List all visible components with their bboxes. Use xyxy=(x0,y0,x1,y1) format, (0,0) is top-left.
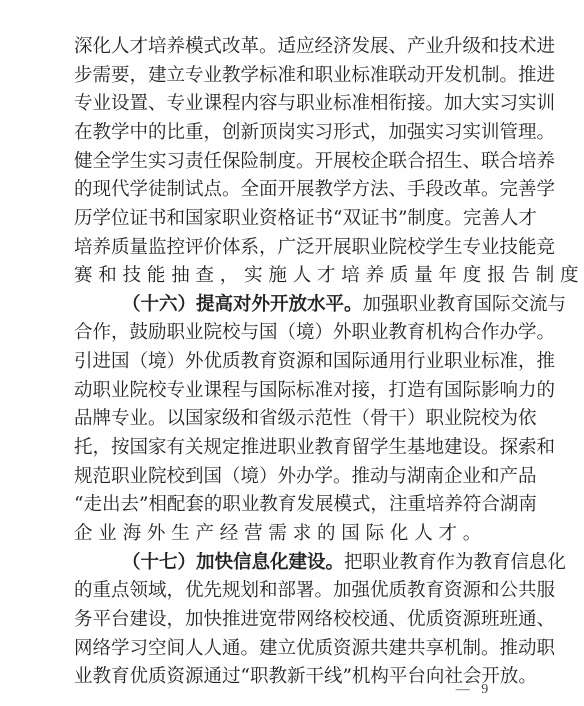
text-line: 深化人才培养模式改革。适应经济发展、产业升级和技术进 xyxy=(74,34,512,60)
text-line: “走出去”相配套的职业教育发展模式，注重培养符合湖南 xyxy=(74,492,512,518)
text-line: 的现代学徒制试点。全面开展教学方法、手段改革。完善学 xyxy=(74,177,512,203)
text-line: 托，按国家有关规定推进职业教育留学生基地建设。探索和 xyxy=(74,435,512,461)
text-line: 的重点领域，优先规划和部署。加强优质教育资源和公共服 xyxy=(74,578,512,604)
text-line: 专业设置、专业课程内容与职业标准相衔接。加大实习实训 xyxy=(74,91,512,117)
page-number: — 9 — xyxy=(444,680,504,700)
text-line: 引进国（境）外优质教育资源和国际通用行业职业标准，推 xyxy=(74,349,512,375)
text-line: 在教学中的比重，创新顶岗实习形式，加强实习实训管理。 xyxy=(74,120,512,146)
text-line: 动职业院校专业课程与国际标准对接，打造有国际影响力的 xyxy=(74,378,512,404)
text-line: 网络学习空间人人通。建立优质资源共建共享机制。推动职 xyxy=(74,636,512,662)
text-line: 品牌专业。以国家级和省级示范性（骨干）职业院校为依 xyxy=(74,406,512,432)
document-page: 深化人才培养模式改革。适应经济发展、产业升级和技术进 步需要，建立专业教学标准和… xyxy=(0,0,584,706)
text-line: 历学位证书和国家职业资格证书“双证书”制度。完善人才 xyxy=(74,206,512,232)
text-line: 务平台建设，加快推进宽带网络校校通、优质资源班班通、 xyxy=(74,607,512,633)
text-line: 赛和技能抽查，实施人才培养质量年度报告制度。 xyxy=(74,263,512,289)
text-line: 培养质量监控评价体系，广泛开展职业院校学生专业技能竞 xyxy=(74,235,512,261)
text-line: 企业海外生产经营需求的国际化人才。 xyxy=(74,521,512,547)
section-16-heading: （十六）提高对外开放水平。 xyxy=(122,294,363,315)
section-16-text: 加强职业教育国际交流与 xyxy=(363,294,567,315)
section-17-first-line: （十七）加快信息化建设。把职业教育作为教育信息化 xyxy=(122,550,512,576)
section-17-text: 把职业教育作为教育信息化 xyxy=(344,552,566,573)
section-17-heading: （十七）加快信息化建设。 xyxy=(122,552,344,573)
text-line: 合作，鼓励职业院校与国（境）外职业教育机构合作办学。 xyxy=(74,320,512,346)
text-line: 规范职业院校到国（境）外办学。推动与湖南企业和产品 xyxy=(74,464,512,490)
text-line: 健全学生实习责任保险制度。开展校企联合招生、联合培养 xyxy=(74,149,512,175)
section-16-first-line: （十六）提高对外开放水平。加强职业教育国际交流与 xyxy=(122,292,512,318)
text-line: 步需要，建立专业教学标准和职业标准联动开发机制。推进 xyxy=(74,63,512,89)
